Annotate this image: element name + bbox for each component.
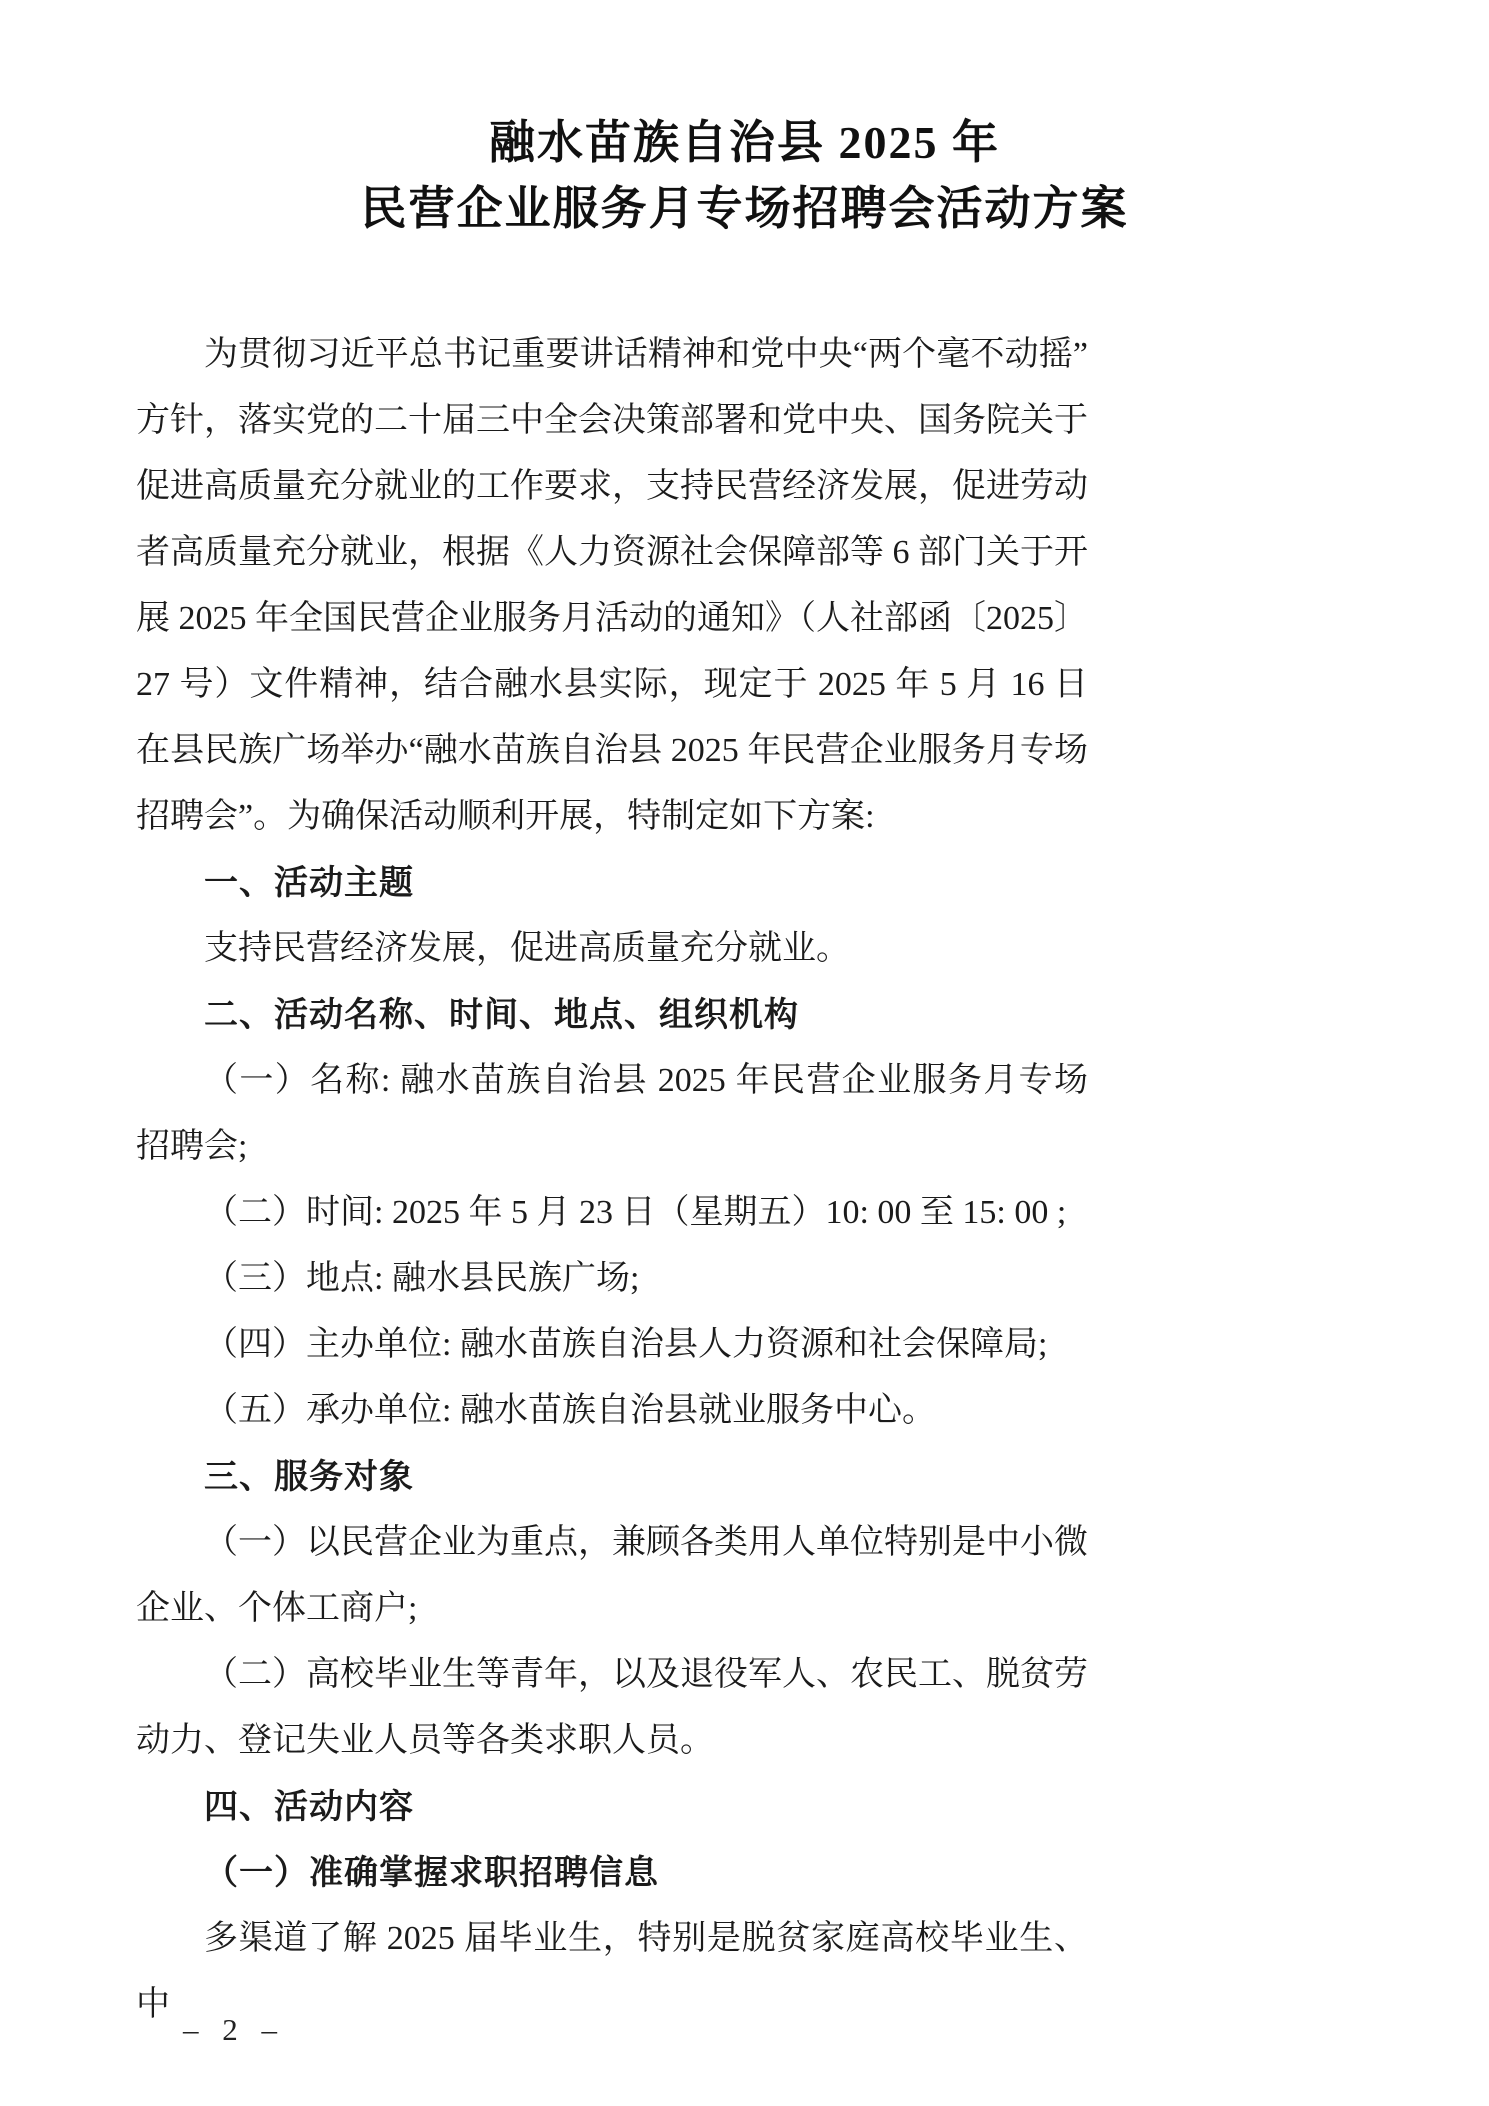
document-title: 融水苗族自治县 2025 年 民营企业服务月专场招聘会活动方案 bbox=[110, 110, 1379, 242]
document-body: 为贯彻习近平总书记重要讲话精神和党中央“两个毫不动摇”方针，落实党的二十届三中全… bbox=[136, 322, 1088, 2038]
subheading-job-info: （一）准确掌握求职招聘信息 bbox=[136, 1840, 1088, 1906]
page-number: – 2 – bbox=[183, 2012, 285, 2048]
title-line-2: 民营企业服务月专场招聘会活动方案 bbox=[110, 176, 1379, 242]
document-page: 融水苗族自治县 2025 年 民营企业服务月专场招聘会活动方案 为贯彻习近平总书… bbox=[0, 0, 1489, 2106]
paragraph-intro: 为贯彻习近平总书记重要讲话精神和党中央“两个毫不动摇”方针，落实党的二十届三中全… bbox=[136, 322, 1088, 850]
item-event-organizer: （四）主办单位: 融水苗族自治县人力资源和社会保障局; bbox=[136, 1312, 1088, 1378]
paragraph-theme: 支持民营经济发展，促进高质量充分就业。 bbox=[136, 916, 1088, 982]
item-event-location: （三）地点: 融水县民族广场; bbox=[136, 1246, 1088, 1312]
heading-activity-info: 二、活动名称、时间、地点、组织机构 bbox=[136, 982, 1088, 1048]
heading-activity-content: 四、活动内容 bbox=[136, 1774, 1088, 1840]
item-event-name: （一）名称: 融水苗族自治县 2025 年民营企业服务月专场招聘会; bbox=[136, 1048, 1088, 1180]
item-event-undertaker: （五）承办单位: 融水苗族自治县就业服务中心。 bbox=[136, 1378, 1088, 1444]
heading-activity-theme: 一、活动主题 bbox=[136, 850, 1088, 916]
item-target-enterprises: （一）以民营企业为重点，兼顾各类用人单位特别是中小微企业、个体工商户; bbox=[136, 1510, 1088, 1642]
title-line-1: 融水苗族自治县 2025 年 bbox=[110, 110, 1379, 176]
heading-service-targets: 三、服务对象 bbox=[136, 1444, 1088, 1510]
item-target-jobseekers: （二）高校毕业生等青年，以及退役军人、农民工、脱贫劳动力、登记失业人员等各类求职… bbox=[136, 1642, 1088, 1774]
item-event-time: （二）时间: 2025 年 5 月 23 日（星期五）10: 00 至 15: … bbox=[136, 1180, 1088, 1246]
